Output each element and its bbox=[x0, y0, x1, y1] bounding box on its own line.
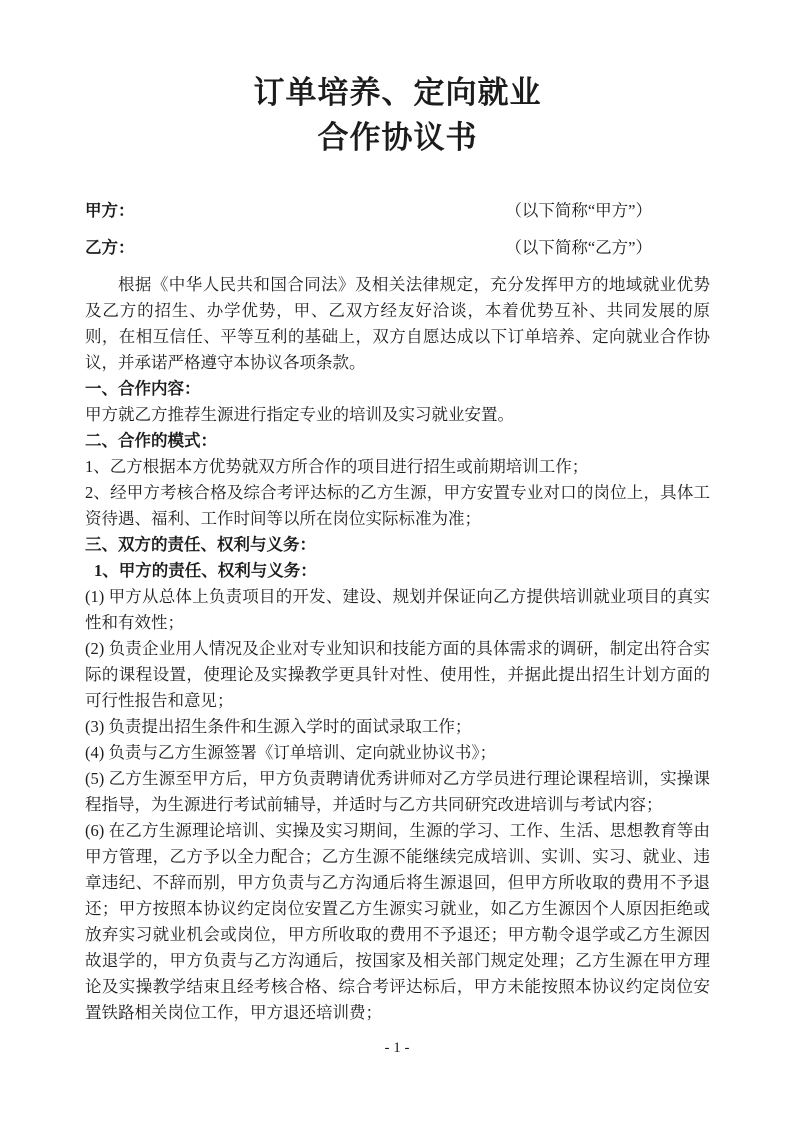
party-row-b: 乙方： （以下简称“乙方”） bbox=[85, 235, 710, 261]
heading-party-a-duties: 1、甲方的责任、权利与义务： bbox=[85, 558, 710, 584]
para-duty-1: (1) 甲方从总体上负责项目的开发、建设、规划并保证向乙方提供培训就业项目的真实… bbox=[85, 584, 710, 636]
para-mode-item-1: 1、乙方根据本方优势就双方所合作的项目进行招生或前期培训工作； bbox=[85, 454, 710, 480]
document-title: 订单培养、定向就业 合作协议书 bbox=[85, 70, 710, 160]
page-number: - 1 - bbox=[0, 1040, 794, 1057]
heading-section-1: 一、合作内容： bbox=[85, 376, 710, 402]
para-duty-2: (2) 负责企业用人情况及企业对专业知识和技能方面的具体需求的调研，制定出符合实… bbox=[85, 636, 710, 714]
party-b-alias: （以下简称“乙方”） bbox=[505, 235, 652, 261]
party-a-label: 甲方： bbox=[85, 198, 135, 224]
document-page: 订单培养、定向就业 合作协议书 甲方： （以下简称“甲方”） 乙方： （以下简称… bbox=[0, 0, 794, 1123]
document-content: 订单培养、定向就业 合作协议书 甲方： （以下简称“甲方”） 乙方： （以下简称… bbox=[85, 70, 710, 1026]
heading-section-3: 三、双方的责任、权利与义务： bbox=[85, 532, 710, 558]
para-duty-3: (3) 负责提出招生条件和生源入学时的面试录取工作； bbox=[85, 714, 710, 740]
para-cooperation-content: 甲方就乙方推荐生源进行指定专业的培训及实习就业安置。 bbox=[85, 402, 710, 428]
para-duty-6: (6) 在乙方生源理论培训、实操及实习期间，生源的学习、工作、生活、思想教育等由… bbox=[85, 818, 710, 1026]
para-duty-4: (4) 负责与乙方生源签署《订单培训、定向就业协议书》； bbox=[85, 740, 710, 766]
para-duty-5: (5) 乙方生源至甲方后，甲方负责聘请优秀讲师对乙方学员进行理论课程培训，实操课… bbox=[85, 766, 710, 818]
party-a-alias: （以下简称“甲方”） bbox=[505, 198, 652, 224]
para-mode-item-2: 2、经甲方考核合格及综合考评达标的乙方生源，甲方安置专业对口的岗位上，具体工资待… bbox=[85, 480, 710, 532]
heading-section-2: 二、合作的模式： bbox=[85, 428, 710, 454]
title-line-1: 订单培养、定向就业 bbox=[85, 70, 710, 115]
para-preamble: 根据《中华人民共和国合同法》及相关法律规定，充分发挥甲方的地域就业优势及乙方的招… bbox=[85, 272, 710, 376]
title-line-2: 合作协议书 bbox=[85, 115, 710, 160]
party-b-label: 乙方： bbox=[85, 235, 135, 261]
document-body: 根据《中华人民共和国合同法》及相关法律规定，充分发挥甲方的地域就业优势及乙方的招… bbox=[85, 272, 710, 1026]
party-row-a: 甲方： （以下简称“甲方”） bbox=[85, 198, 710, 224]
